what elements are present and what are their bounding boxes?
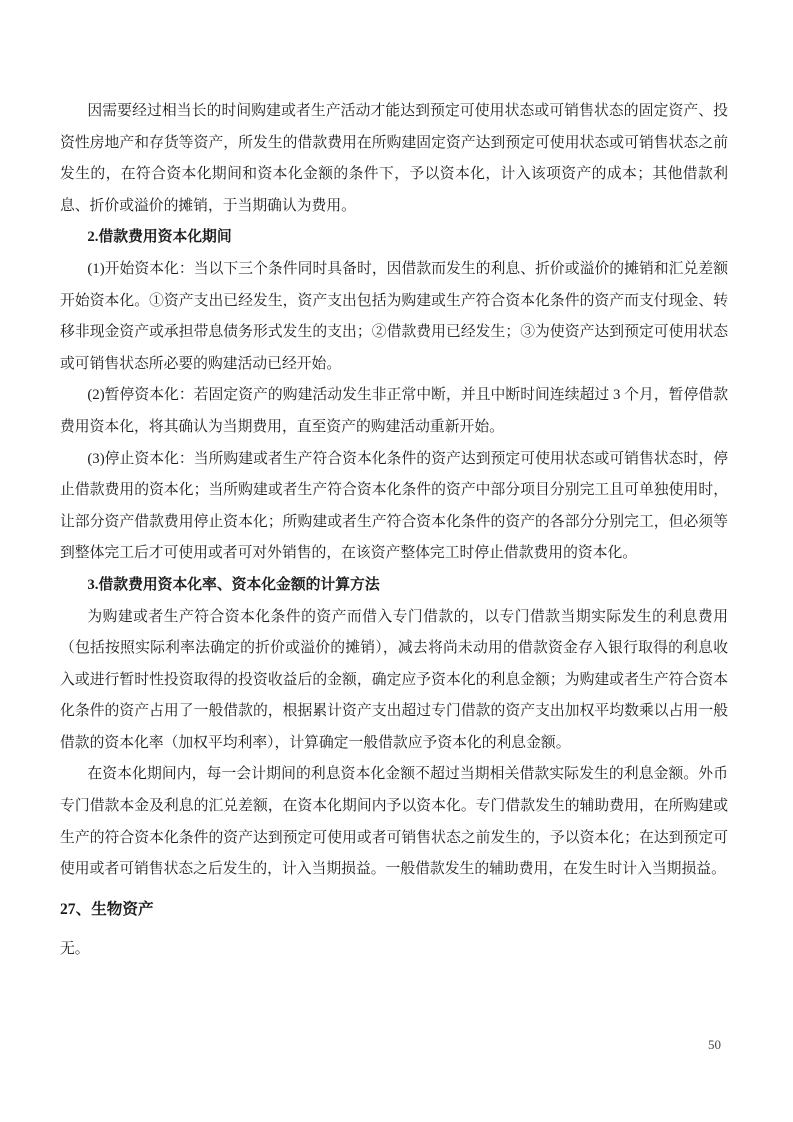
paragraph-rate-calculation: 为购建或者生产符合资本化条件的资产而借入专门借款的，以专门借款当期实际发生的利息… — [60, 602, 728, 760]
document-body: 因需要经过相当长的时间购建或者生产活动才能达到预定可使用状态或可销售状态的固定资… — [60, 96, 728, 966]
paragraph-start-capitalization: (1)开始资本化：当以下三个条件同时具备时，因借款而发生的利息、折价或溢价的摊销… — [60, 254, 728, 380]
subsection-heading-capitalization-period: 2.借款费用资本化期间 — [60, 222, 728, 254]
document-page: 因需要经过相当长的时间购建或者生产活动才能达到预定可使用状态或可销售状态的固定资… — [0, 0, 793, 1122]
page-number: 50 — [0, 1036, 721, 1054]
paragraph-stop-capitalization: (3)停止资本化：当所购建或者生产符合资本化条件的资产达到预定可使用状态或可销售… — [60, 444, 728, 570]
paragraph-suspend-capitalization: (2)暂停资本化：若固定资产的购建活动发生非正常中断，并且中断时间连续超过 3 … — [60, 380, 728, 443]
no-content-text: 无。 — [60, 934, 728, 966]
section-heading-biological-assets: 27、生物资产 — [60, 894, 728, 926]
subsection-heading-capitalization-rate: 3.借款费用资本化率、资本化金额的计算方法 — [60, 570, 728, 602]
paragraph-capitalization-limits: 在资本化期间内，每一会计期间的利息资本化金额不超过当期相关借款实际发生的利息金额… — [60, 759, 728, 885]
paragraph-borrowing-costs-intro: 因需要经过相当长的时间购建或者生产活动才能达到预定可使用状态或可销售状态的固定资… — [60, 96, 728, 222]
